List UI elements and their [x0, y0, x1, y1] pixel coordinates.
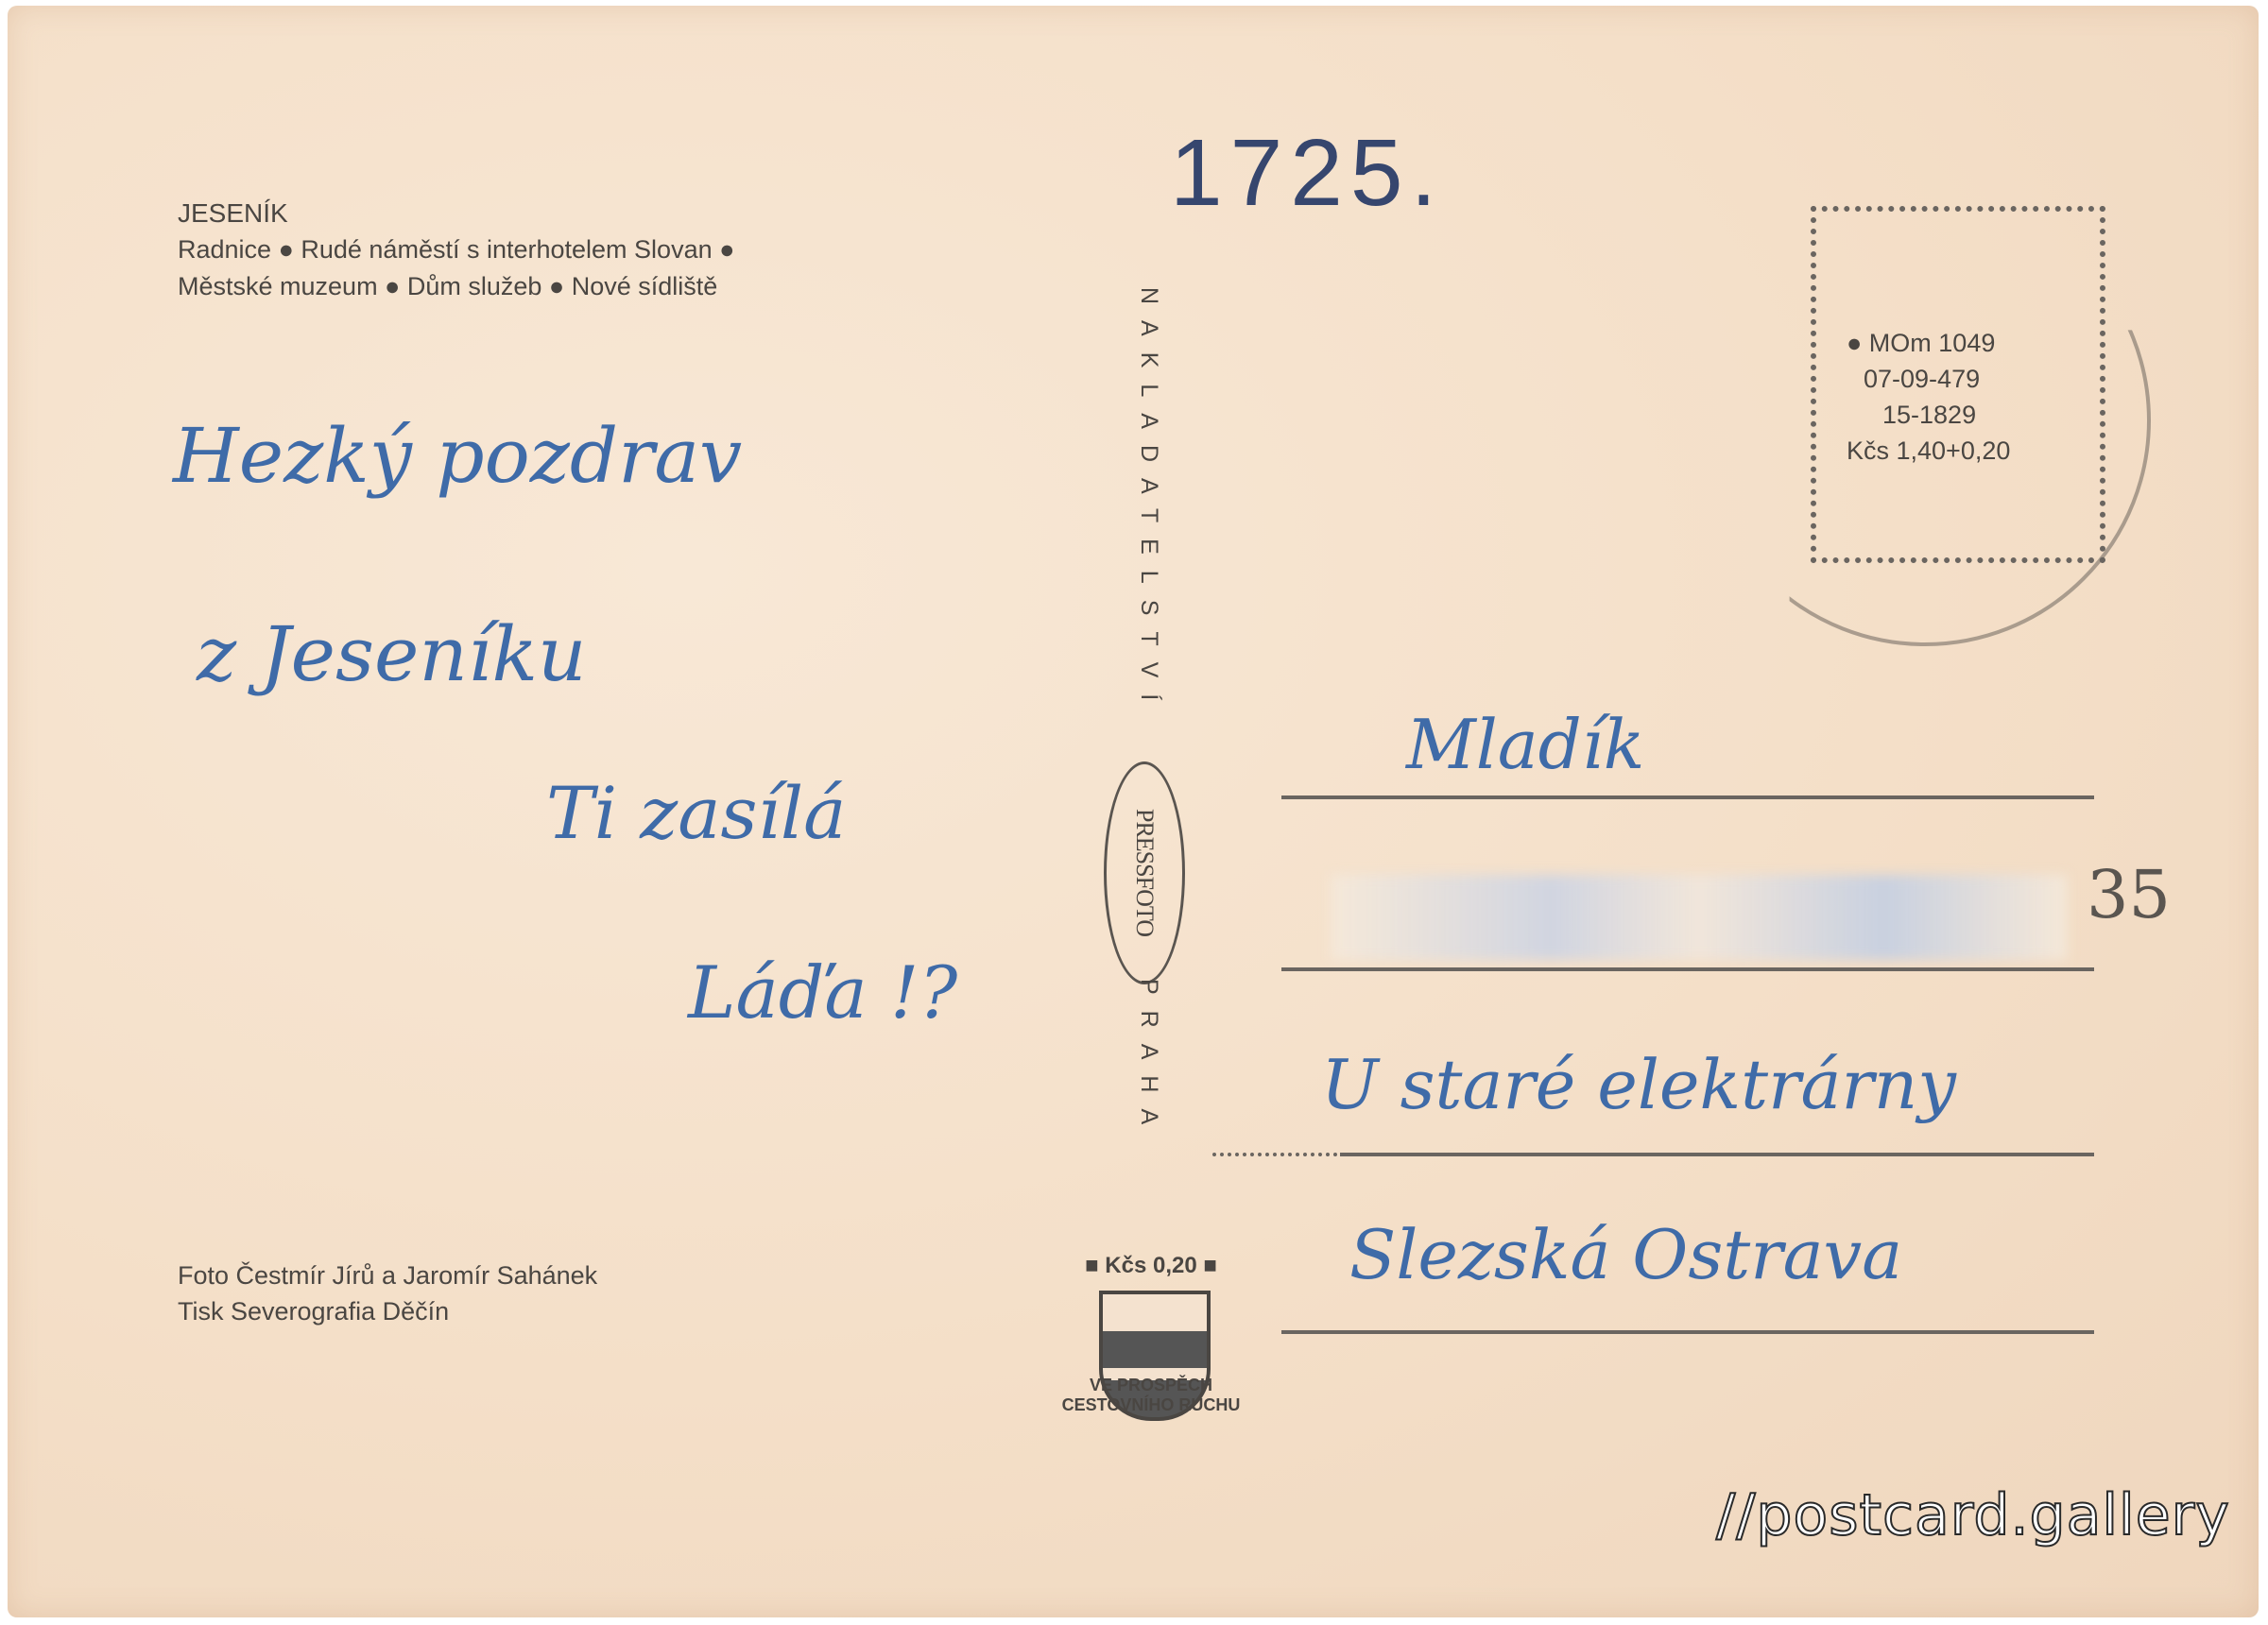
stamp-code: ● MOm 1049 [1847, 325, 2010, 361]
photo-credit: Foto Čestmír Jírů a Jaromír Sahánek [178, 1257, 597, 1293]
watermark: //postcard.gallery [1716, 1482, 2230, 1548]
credits-block: Foto Čestmír Jírů a Jaromír Sahánek Tisk… [178, 1257, 597, 1329]
stamp-box: ● MOm 1049 07-09-479 15-1829 Kčs 1,40+0,… [1811, 206, 2105, 563]
city-title: JESENÍK [178, 195, 734, 231]
caption-block: JESENÍK Radnice ● Rudé náměstí s interho… [178, 195, 734, 305]
address-rule [1212, 1153, 2094, 1156]
stamp-code: 15-1829 [1847, 397, 2010, 433]
pressfoto-logo-text: PRESSFOTO [1130, 809, 1159, 936]
pressfoto-logo-icon: PRESSFOTO [1104, 761, 1185, 984]
message-line: z Jeseníku [197, 610, 587, 698]
address-line: U staré elektrárny [1321, 1045, 1956, 1124]
message-line: Hezký pozdrav [173, 412, 742, 500]
publisher-city: PRAHA [1125, 979, 1162, 1140]
stamp-code: 07-09-479 [1847, 361, 2010, 397]
address-rule [1281, 967, 2094, 971]
emblem-price: ■ Kčs 0,20 ■ [1071, 1253, 1231, 1279]
emblem-ring-text: VE PROSPĚCH CESTOVNÍHO RUCHU [1061, 1376, 1241, 1415]
tourism-emblem: ■ Kčs 0,20 ■ VE PROSPĚCH CESTOVNÍHO RUCH… [1052, 1253, 1241, 1461]
publisher-label: NAKLADATELSTVÍ [1125, 287, 1162, 716]
printer-credit: Tisk Severografia Děčín [178, 1293, 597, 1329]
address-rule [1281, 795, 2094, 799]
caption-line: Radnice ● Rudé náměstí s interhotelem Sl… [178, 231, 734, 268]
message-line: Ti zasílá [546, 771, 846, 855]
caption-line: Městské muzeum ● Dům služeb ● Nové sídli… [178, 268, 734, 305]
margin-mark: 35 [2087, 856, 2171, 933]
address-rule [1281, 1330, 2094, 1334]
stamp-price: Kčs 1,40+0,20 [1847, 433, 2010, 469]
address-line: Mladík [1406, 705, 1644, 784]
redacted-address [1331, 875, 2068, 960]
address-line: Slezská Ostrava [1349, 1215, 1902, 1294]
postcard-back: JESENÍK Radnice ● Rudé náměstí s interho… [8, 6, 2259, 1617]
handwritten-number: 1725. [1170, 119, 1444, 228]
signature: Láďa !? [688, 950, 957, 1035]
